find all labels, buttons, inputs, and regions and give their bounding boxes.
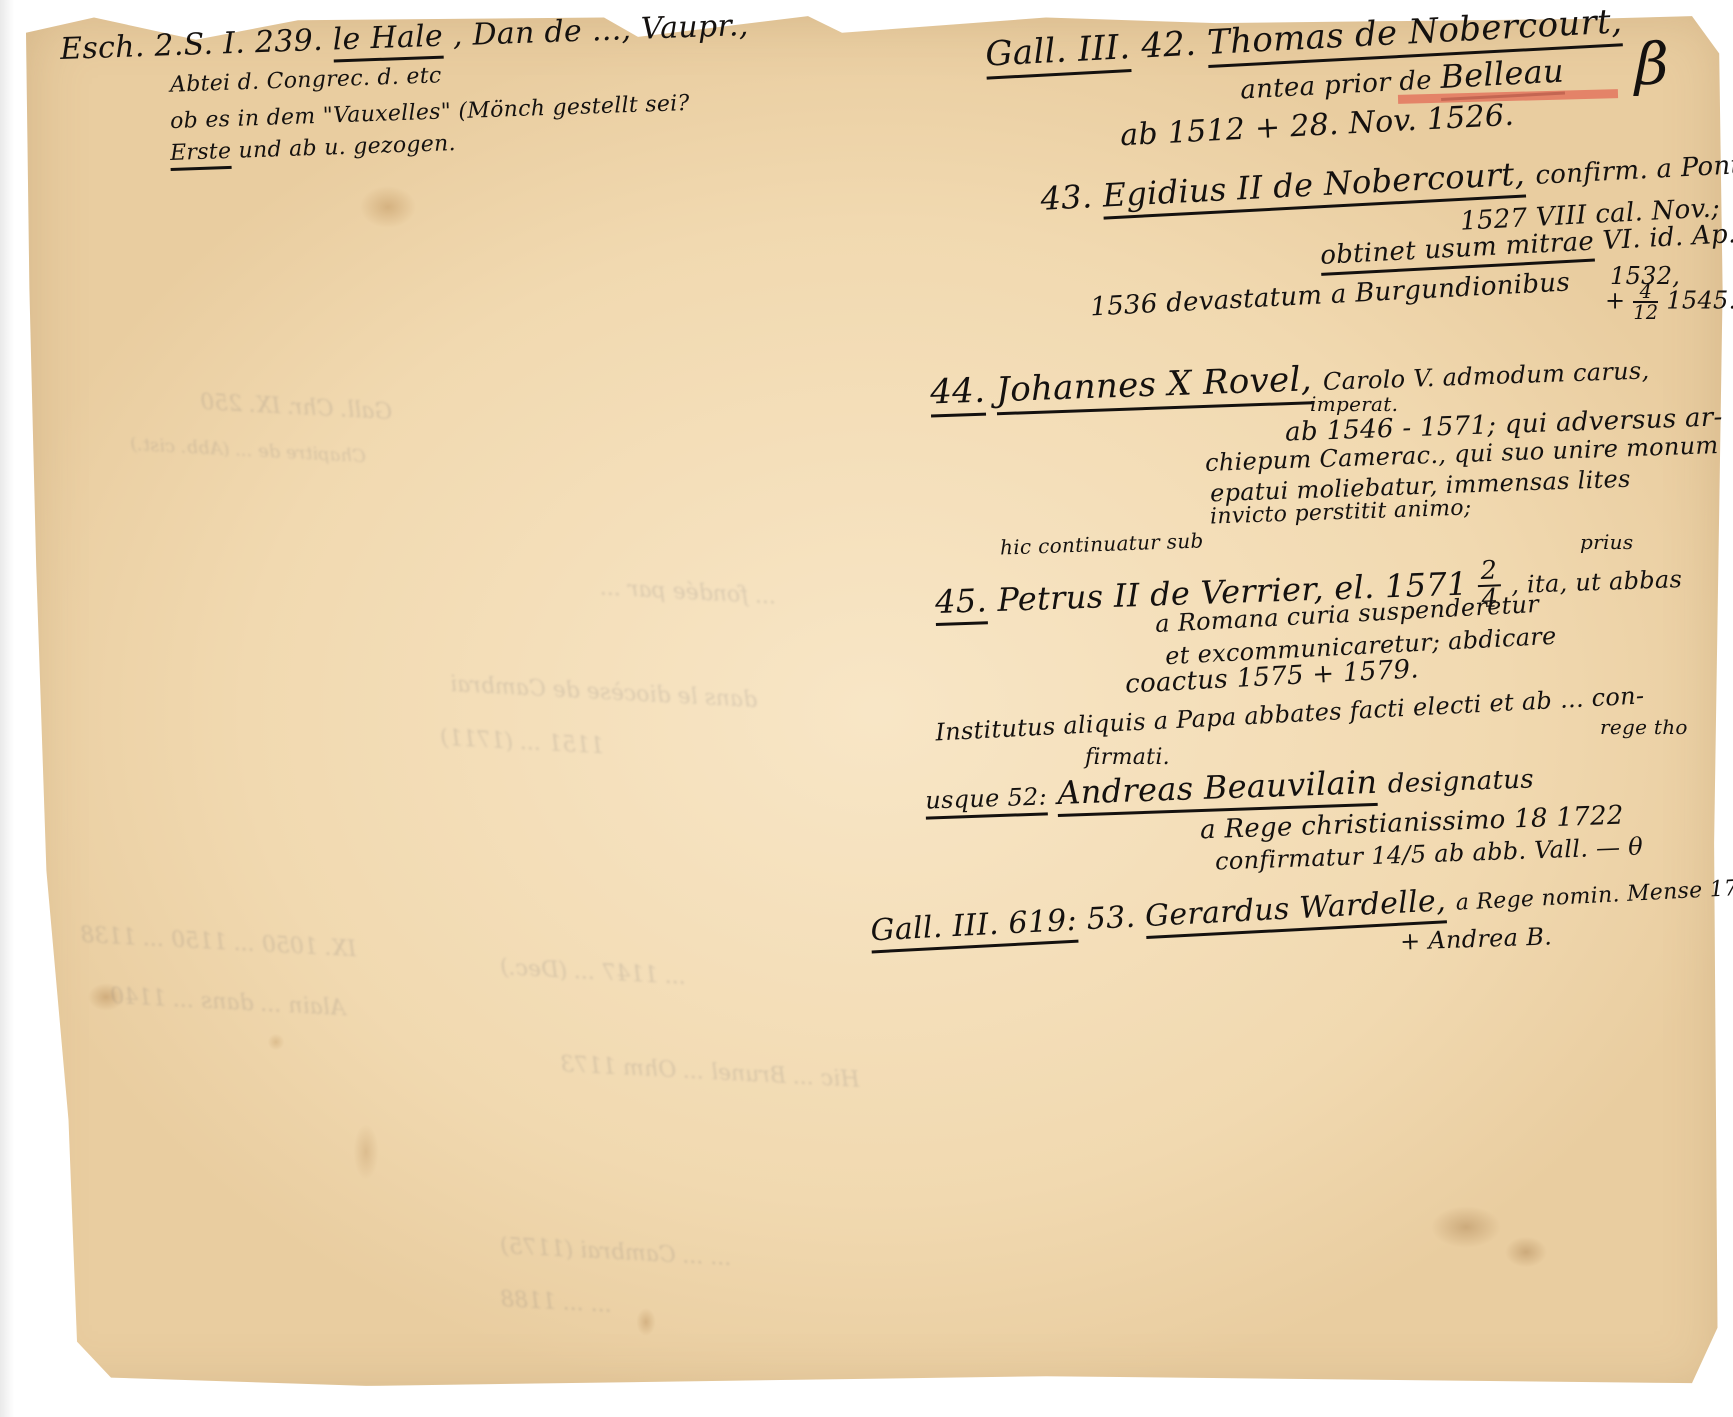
entry-43-death-fraction: 4 12 [1633, 282, 1658, 322]
entry-43-death: + 4 12 1545. [1605, 282, 1733, 322]
entry-44-above-note: imperat. [1310, 392, 1398, 416]
entry-43-number: 43. [1040, 177, 1094, 218]
entry-53-number: 53. [1086, 900, 1136, 937]
fraction-denominator: 12 [1633, 303, 1658, 322]
note-designatus: designatus [1387, 764, 1534, 799]
header-note-underlined-word: Erste [170, 139, 232, 171]
entry-45-number: 45. [934, 581, 987, 626]
entry-45-prius-note: prius [1580, 530, 1633, 554]
entry-43-death-year: 1545. [1666, 287, 1733, 315]
entry-43-death-prefix: + [1605, 287, 1625, 315]
entry-44-number: 44. [930, 371, 987, 418]
entry-42-number: 42. [1140, 24, 1197, 67]
margin-mark-beta: β [1635, 30, 1669, 98]
note-line-2: firmati. [1085, 745, 1170, 770]
entry-42-source-ref: Gall. III. [984, 27, 1131, 80]
note-above-end: rege tho [1600, 715, 1688, 739]
fraction-numerator: 4 [1633, 282, 1658, 303]
header-note-underlined-name: le Hale [332, 19, 444, 63]
note-usque-text: usque 52: [925, 782, 1048, 819]
entry-53-line-2: + Andrea B. [1400, 922, 1553, 955]
